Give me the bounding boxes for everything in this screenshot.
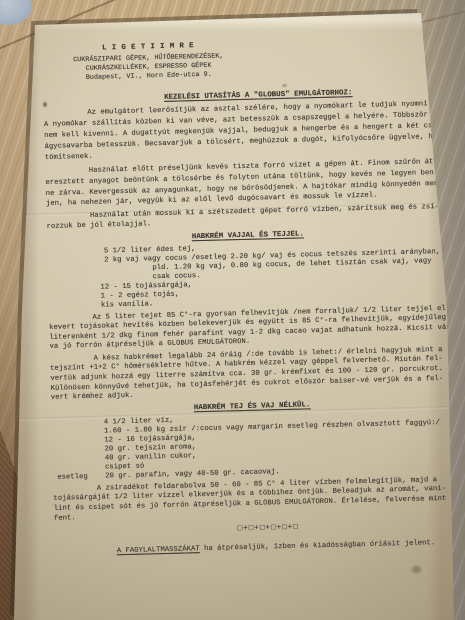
typewritten-content: L I G E T I I M R E CUKRÁSZIPARI GÉPEK, … — [42, 36, 457, 558]
ingredient-list-1: 5 1/2 liter édes tej, 2 kg vaj vagy cocu… — [47, 239, 450, 311]
footer-emphasis: A FAGYLALTMASSZÁKAT — [117, 545, 200, 555]
section2-paragraph-1: A zsiradékot feldarabolva 50 - 60 - 85 C… — [53, 475, 456, 524]
letterhead: L I G E T I I M R E CUKRÁSZIPARI GÉPEK, … — [56, 41, 241, 83]
paper-sheet: L I G E T I I M R E CUKRÁSZIPARI GÉPEK, … — [0, 0, 465, 620]
footer-note: A FAGYLALTMASSZÁKAT ha átpréseljük, ízbe… — [117, 538, 457, 556]
intro-paragraph-1: Az emulgátort leerősítjük az asztal szél… — [44, 99, 447, 164]
footer-rest: ha átpréseljük, ízben és kiadósságban ór… — [200, 539, 436, 553]
ornament-divider: □+□+□+□+□+□ — [80, 520, 456, 539]
intro-paragraph-2: Használat előtt préseljünk kevés tiszta … — [45, 157, 448, 211]
photo-of-document: L I G E T I I M R E CUKRÁSZIPARI GÉPEK, … — [0, 0, 465, 620]
ingredient-list-2: 4 1/2 liter víz, 1.60 - 1.80 kg zsír /:c… — [51, 410, 454, 482]
section1-paragraph-1: Az 5 liter tejet 85 C°-ra gyorsan felhev… — [49, 304, 452, 353]
paper-stain — [412, 566, 421, 573]
section1-paragraph-2: A kész habkrémet legalább 24 óráig /:de … — [50, 346, 453, 404]
